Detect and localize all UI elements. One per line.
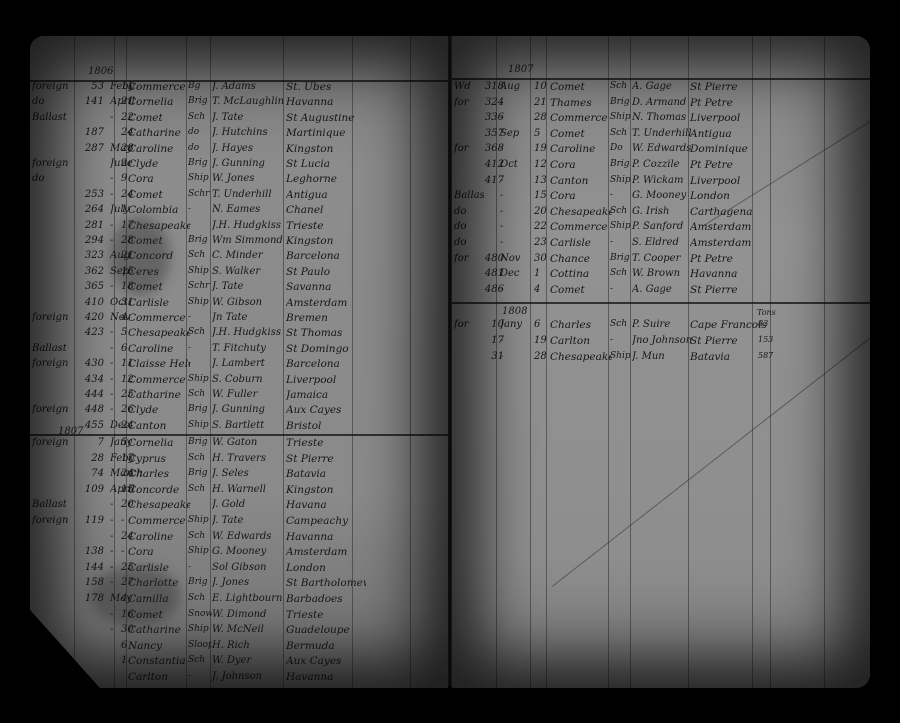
destination-port: Amsterdam — [690, 221, 770, 233]
destination-port: Guadeloupe — [286, 624, 366, 636]
master-name: W. McNeil — [212, 624, 284, 635]
master-name: J. Gold — [212, 499, 284, 510]
master-name: J. Tate — [212, 515, 284, 526]
entry-note: Ballast — [32, 343, 72, 354]
destination-port: Barcelona — [286, 250, 366, 262]
ledger-entry-row: foreign430-11Claisse Helen-J. LambertBar… — [30, 357, 448, 373]
vessel-name: Chesapeake — [128, 327, 190, 339]
vessel-name: Carlisle — [128, 562, 190, 574]
destination-port: Havana — [286, 499, 366, 511]
vessel-name: Caroline — [550, 143, 612, 155]
master-name: J. Gunning — [212, 158, 284, 169]
master-name: J. Gunning — [212, 404, 284, 415]
master-name: H. Rich — [212, 640, 284, 651]
destination-port: Havanna — [286, 671, 366, 683]
vessel-rig: - — [610, 190, 634, 200]
cancel-line — [552, 327, 870, 586]
ledger-left-page: 1806 1807 foreign53Feby11CommerceBgJ. Ad… — [30, 36, 448, 688]
master-name: W. Jones — [212, 173, 284, 184]
vessel-name: Nancy — [128, 640, 190, 652]
destination-port: Liverpool — [690, 112, 770, 124]
entry-day: 4 — [534, 284, 540, 295]
vessel-name: Constantia — [128, 655, 190, 667]
vessel-name: Cottina — [550, 268, 612, 280]
entry-day: 12 — [534, 159, 547, 170]
vessel-rig: Ship — [188, 173, 212, 183]
entry-day: 28 — [534, 112, 547, 123]
vessel-rig: Sch — [188, 593, 212, 603]
ledger-entry-row: 410Oct31CarlisleShipW. GibsonAmsterdam — [30, 296, 448, 312]
tonnage: 153 — [758, 335, 780, 344]
vessel-name: Comet — [128, 189, 190, 201]
destination-port: Chanel — [286, 204, 366, 216]
entry-day: 6 — [121, 343, 127, 354]
vessel-rig: do — [188, 127, 212, 137]
entry-number: 144 — [70, 562, 104, 573]
ledger-entry-row: 17-19Carlton-Jno JohnsonSt Pierre153 — [452, 334, 870, 350]
vessel-rig: Sch — [188, 112, 212, 122]
destination-port: Pt Petre — [690, 159, 770, 171]
vessel-name: Caroline — [128, 531, 190, 543]
vessel-name: Canton — [550, 175, 612, 187]
destination-port: Campeachy — [286, 515, 366, 527]
destination-port: Antigua — [286, 189, 366, 201]
master-name: T. Underhill — [212, 189, 284, 200]
destination-port: Trieste — [286, 220, 366, 232]
vessel-name: Concorde — [128, 484, 190, 496]
master-name: S. Walker — [212, 266, 284, 277]
ledger-entry-row: Carlton-J. JohnsonHavanna — [30, 670, 448, 686]
entry-note: foreign — [32, 158, 72, 169]
ledger-entry-row: 412Oct12CoraBrigP. CozzilePt Petre — [452, 158, 870, 174]
master-name: S. Coburn — [212, 374, 284, 385]
vessel-name: Comet — [550, 81, 612, 93]
destination-port: St Pierre — [690, 284, 770, 296]
ledger-entry-row: do-20ChesapeakeSchG. IrishCarthagena — [452, 205, 870, 221]
destination-port: Savanna — [286, 281, 366, 293]
vessel-name: Carlisle — [550, 237, 612, 249]
entry-day: 5 — [534, 128, 540, 139]
ledger-entry-row: 109April15ConcordeSchH. WarnellKingston — [30, 483, 448, 499]
vessel-rig: Ship — [188, 624, 212, 634]
entry-number: 455 — [70, 420, 104, 431]
vessel-name: Canton — [128, 420, 190, 432]
master-name: W. Gibson — [212, 297, 284, 308]
master-name: J. Adams — [212, 81, 284, 92]
entry-day: 28 — [534, 351, 547, 362]
entry-number: 158 — [70, 577, 104, 588]
ledger-entry-row: 481Dec1CottinaSchW. BrownHavanna — [452, 267, 870, 283]
vessel-name: Cornelia — [128, 437, 190, 449]
vessel-rig: Brig — [188, 404, 212, 414]
entry-day: 2 — [121, 158, 127, 169]
vessel-name: Ceres — [128, 266, 190, 278]
ledger-entry-row: 323Aug21ConcordSchC. MinderBarcelona — [30, 249, 448, 265]
ledger-entry-row: 281-17Chesapeake-J.H. HudgkissTrieste — [30, 219, 448, 235]
ledger-entry-row: 417-13CantonShipP. WickamLiverpool — [452, 174, 870, 190]
vessel-rig: Sch — [188, 655, 212, 665]
vessel-rig: - — [188, 204, 212, 214]
entry-number: 187 — [70, 127, 104, 138]
vessel-rig: - — [188, 312, 212, 322]
destination-port: St Paulo — [286, 266, 366, 278]
entry-number: 423 — [70, 327, 104, 338]
entry-month: Aug — [500, 81, 538, 92]
vessel-name: Cyprus — [128, 453, 190, 465]
master-name: Sol Gibson — [212, 562, 284, 573]
vessel-name: Catharine — [128, 624, 190, 636]
vessel-name: Cora — [550, 190, 612, 202]
vessel-name: Charlotte — [128, 577, 190, 589]
entry-note: foreign — [32, 312, 72, 323]
vessel-name: Caroline — [128, 343, 190, 355]
ledger-entry-row: foreign53Feby11CommerceBgJ. AdamsSt. Ube… — [30, 80, 448, 96]
ledger-entry-row: Ballast-15Cora-G. MooneyLondon — [452, 189, 870, 205]
vessel-name: Colombia — [128, 204, 190, 216]
vessel-rig: Ship — [188, 266, 212, 276]
entry-day: 20 — [534, 206, 547, 217]
entry-number: 410 — [70, 297, 104, 308]
destination-port: Barcelona — [286, 358, 366, 370]
entry-day: 4 — [121, 593, 127, 604]
destination-port: Martinique — [286, 127, 366, 139]
entry-number: 444 — [70, 389, 104, 400]
vessel-rig: Brig — [188, 158, 212, 168]
destination-port: Amsterdam — [286, 546, 366, 558]
master-name: J. Lambert — [212, 358, 284, 369]
vessel-rig: - — [188, 562, 212, 572]
entry-month: - — [500, 237, 538, 248]
entry-day: 23 — [534, 237, 547, 248]
vessel-rig: Sch — [188, 453, 212, 463]
vessel-name: Charles — [128, 468, 190, 480]
entry-day: 21 — [534, 97, 547, 108]
vessel-rig: Ship — [188, 297, 212, 307]
destination-port: Bremen — [286, 312, 366, 324]
ledger-entry-row: foreignJune2ClydeBrigJ. GunningSt Lucia — [30, 157, 448, 173]
ledger-entry-row: for324-21ThamesBrigD. ArmandPt Petre — [452, 96, 870, 112]
ledger-entry-row: Ballast-22CometSchJ. TateSt Augustine — [30, 111, 448, 127]
ledger-entry-row: 455Dec24CantonShipS. BartlettBristol — [30, 419, 448, 435]
entry-number: 448 — [70, 404, 104, 415]
destination-port: Aux Cayes — [286, 404, 366, 416]
entry-note: Ballast — [32, 499, 72, 510]
ledger-entry-row: 158-27CharlotteBrigJ. JonesSt Bartholome… — [30, 576, 448, 592]
master-name: W. Edwards — [212, 531, 284, 542]
entry-number: 287 — [70, 143, 104, 154]
vessel-name: Cora — [128, 173, 190, 185]
ledger-entry-row: for10Jany6CharlesSchP. SuireCape Francoi… — [452, 318, 870, 334]
ledger-entry-row: Ballast-20Chesapeake-J. GoldHavana — [30, 498, 448, 514]
destination-port: Carthagena — [690, 206, 770, 218]
destination-port: Bermuda — [286, 640, 366, 652]
entry-day: - — [121, 515, 124, 526]
entry-number: 253 — [70, 189, 104, 200]
entry-month: - — [500, 190, 538, 201]
master-name: J. Tate — [212, 281, 284, 292]
entry-day: - — [121, 546, 124, 557]
vessel-rig: Bg — [188, 81, 212, 91]
vessel-rig: Ship — [610, 112, 634, 122]
destination-port: Aux Cayes — [286, 655, 366, 667]
vessel-rig: Brig — [188, 437, 212, 447]
vessel-rig: - — [610, 335, 634, 345]
vessel-name: Commerce — [128, 81, 190, 93]
master-name: J. Jones — [212, 577, 284, 588]
vessel-rig: Sch — [610, 81, 634, 91]
destination-port: Trieste — [286, 437, 366, 449]
entry-number: 323 — [70, 250, 104, 261]
vessel-name: Chesapeake — [550, 206, 612, 218]
vessel-rig: Schr — [188, 281, 212, 291]
ledger-entry-row: -24CarolineSchW. EdwardsHavanna — [30, 530, 448, 546]
entry-number: 119 — [70, 515, 104, 526]
destination-port: Liverpool — [286, 374, 366, 386]
entry-number: 141 — [70, 96, 104, 107]
entry-number: 7 — [70, 437, 104, 448]
destination-port: Kingston — [286, 143, 366, 155]
destination-port: London — [286, 562, 366, 574]
vessel-name: Comet — [128, 609, 190, 621]
entry-month: Oct — [500, 159, 538, 170]
entry-note: do — [454, 206, 484, 217]
tonnage: 587 — [758, 351, 780, 360]
ledger-entry-row: -16CometSnowW. DimondTrieste — [30, 608, 448, 624]
ledger-entry-row: 74March24CharlesBrigJ. SelesBatavia — [30, 467, 448, 483]
vessel-name: Catharine — [128, 127, 190, 139]
destination-port: Pt Petre — [690, 97, 770, 109]
vessel-name: Clyde — [128, 158, 190, 170]
master-name: E. Lightbourn — [212, 593, 284, 604]
vessel-rig: Brig — [610, 253, 634, 263]
vessel-rig: - — [610, 284, 634, 294]
ledger-entry-row: Wd318Aug10CometSchA. GageSt Pierre — [452, 80, 870, 96]
entry-month: - — [500, 97, 538, 108]
ledger-entry-row: 18724CatharinedoJ. HutchinsMartinique — [30, 126, 448, 142]
ledger-entry-row: 144-25Carlisle-Sol GibsonLondon — [30, 561, 448, 577]
ledger-entry-row: 31-28ChesapeakeShipJ. MunBatavia587 — [452, 350, 870, 366]
tons-header: Tons — [757, 308, 776, 317]
entry-day: 5 — [121, 437, 127, 448]
vessel-name: Carlisle — [128, 297, 190, 309]
ledger-entry-row: 253-24CometSchrT. UnderhillAntigua — [30, 188, 448, 204]
vessel-name: Clyde — [128, 404, 190, 416]
destination-port: Kingston — [286, 484, 366, 496]
entry-day: 19 — [534, 335, 547, 346]
entry-number: 74 — [70, 468, 104, 479]
destination-port: Barbadoes — [286, 593, 366, 605]
vessel-rig: - — [188, 343, 212, 353]
ledger-entry-row: 486-4Comet-A. GageSt Pierre — [452, 283, 870, 299]
ledger-entry-row: foreign448-26ClydeBrigJ. GunningAux Caye… — [30, 403, 448, 419]
entry-note: foreign — [32, 81, 72, 92]
vessel-rig: - — [188, 358, 212, 368]
entry-month: Jany — [500, 319, 538, 330]
ledger-entry-row: 178May4CamillaSchE. LightbournBarbadoes — [30, 592, 448, 608]
vessel-rig: Sloop — [188, 640, 212, 650]
entry-number: 362 — [70, 266, 104, 277]
entry-month: - — [500, 206, 538, 217]
entry-day: 1 — [121, 204, 127, 215]
vessel-name: Comet — [550, 128, 612, 140]
entry-note: do — [454, 237, 484, 248]
entry-note: foreign — [32, 515, 72, 526]
destination-port: St Lucia — [286, 158, 366, 170]
destination-port: Batavia — [286, 468, 366, 480]
entry-number: 53 — [70, 81, 104, 92]
entry-day: 22 — [534, 221, 547, 232]
entry-day: 5 — [121, 327, 127, 338]
vessel-rig: Ship — [188, 374, 212, 384]
vessel-rig: - — [188, 220, 212, 230]
entry-note: Ballast — [32, 112, 72, 123]
ledger-entry-row: 6NancySloopH. RichBermuda — [30, 639, 448, 655]
entry-day: 4 — [121, 312, 127, 323]
ledger-entry-row: 434-12CommerceShipS. CoburnLiverpool — [30, 373, 448, 389]
vessel-rig: Schr — [188, 189, 212, 199]
vessel-rig: - — [188, 499, 212, 509]
entry-day: 19 — [534, 143, 547, 154]
entry-note: foreign — [32, 404, 72, 415]
ledger-entry-row: 264July1Colombia-N. EamesChanel — [30, 203, 448, 219]
vessel-name: Commerce — [128, 515, 190, 527]
destination-port: London — [690, 190, 770, 202]
vessel-name: Chance — [550, 253, 612, 265]
destination-port: Dominique — [690, 143, 770, 155]
entry-day: 15 — [534, 190, 547, 201]
vessel-rig: Sch — [188, 327, 212, 337]
entry-day: 6 — [121, 640, 127, 651]
vessel-rig: Sch — [610, 128, 634, 138]
ledger-entry-row: 362Sep15CeresShipS. WalkerSt Paulo — [30, 265, 448, 281]
destination-port: Pt Petre — [690, 253, 770, 265]
entry-day: 1 — [121, 655, 127, 666]
vessel-rig: Sch — [610, 268, 634, 278]
entry-number: 138 — [70, 546, 104, 557]
entry-day: 10 — [534, 81, 547, 92]
ledger-entry-row: do-9CoraShipW. JonesLeghorne — [30, 172, 448, 188]
entry-number: 281 — [70, 220, 104, 231]
master-name: J.H. Hudgkiss — [212, 327, 284, 338]
entry-month: Nov — [500, 253, 538, 264]
entry-note: do — [32, 96, 72, 107]
ledger-entry-row: do-23Carlisle-S. EldredAmsterdam — [452, 236, 870, 252]
tonnage: 83 — [758, 319, 780, 328]
vessel-rig: Brig — [610, 159, 634, 169]
vessel-name: Cornelia — [128, 96, 190, 108]
ledger-entry-row: foreign420Nov4Commerce-Jn TateBremen — [30, 311, 448, 327]
master-name: W. Fuller — [212, 389, 284, 400]
entry-day: 13 — [534, 175, 547, 186]
destination-port: St Pierre — [690, 81, 770, 93]
destination-port: St Domingo — [286, 343, 366, 355]
master-name: S. Bartlett — [212, 420, 284, 431]
master-name: T. McLaughlin — [212, 96, 284, 107]
destination-port: Amsterdam — [286, 297, 366, 309]
year-heading: 1806 — [88, 66, 113, 77]
entry-month: - — [500, 143, 538, 154]
entry-number: 264 — [70, 204, 104, 215]
vessel-name: Cora — [550, 159, 612, 171]
vessel-name: Charles — [550, 319, 612, 331]
vessel-name: Carlton — [550, 335, 612, 347]
vessel-rig: Ship — [188, 515, 212, 525]
ledger-entry-row: foreign119--CommerceShipJ. TateCampeachy — [30, 514, 448, 530]
vessel-name: Thames — [550, 97, 612, 109]
master-name: Jn Tate — [212, 312, 284, 323]
destination-port: Havanna — [286, 531, 366, 543]
vessel-rig: Sch — [188, 250, 212, 260]
vessel-name: Carlton — [128, 671, 190, 683]
entry-number: 434 — [70, 374, 104, 385]
destination-port: Havanna — [286, 96, 366, 108]
destination-port: St Pierre — [286, 453, 366, 465]
vessel-rig: Brig — [188, 577, 212, 587]
ledger-entry-row: 294-28CometBrigWm SimmondKingston — [30, 234, 448, 250]
vessel-name: Commerce — [128, 312, 190, 324]
vessel-name: Commerce — [550, 112, 612, 124]
master-name: J.H. Hudgkiss — [212, 220, 284, 231]
vessel-rig: Ship — [610, 351, 634, 361]
master-name: J. Seles — [212, 468, 284, 479]
master-name: W. Dyer — [212, 655, 284, 666]
entry-number: 365 — [70, 281, 104, 292]
vessel-rig: Brig — [610, 97, 634, 107]
year-heading: 1808 — [502, 306, 527, 317]
entry-month: Dec — [500, 268, 538, 279]
vessel-name: Comet — [128, 112, 190, 124]
destination-port: Trieste — [286, 609, 366, 621]
vessel-name: Chesapeake — [128, 499, 190, 511]
ledger-entry-row: foreign7Jany5CorneliaBrigW. GatonTrieste — [30, 436, 448, 452]
ledger-entry-row: 365-18CometSchrJ. TateSavanna — [30, 280, 448, 296]
vessel-name: Camilla — [128, 593, 190, 605]
vessel-name: Commerce — [128, 374, 190, 386]
master-name: T. Fitchuty — [212, 343, 284, 354]
year-heading: 1807 — [508, 64, 533, 75]
vessel-name: Comet — [128, 281, 190, 293]
vessel-rig: Brig — [188, 235, 212, 245]
vessel-rig: Ship — [610, 175, 634, 185]
destination-port: Bristol — [286, 420, 366, 432]
vessel-name: Commerce — [550, 221, 612, 233]
vessel-rig: - — [610, 237, 634, 247]
entry-note: foreign — [32, 437, 72, 448]
vessel-name: Cora — [128, 546, 190, 558]
vessel-name: Comet — [550, 284, 612, 296]
entry-number: 109 — [70, 484, 104, 495]
vessel-name: Chesapeake — [550, 351, 612, 363]
entry-month: Sep — [500, 128, 538, 139]
entry-day: 30 — [534, 253, 547, 264]
master-name: N. Eames — [212, 204, 284, 215]
ledger-entry-row: do-22CommerceShipP. SanfordAmsterdam — [452, 220, 870, 236]
vessel-rig: Ship — [610, 221, 634, 231]
destination-port: St Augustine — [286, 112, 366, 124]
master-name: G. Mooney — [212, 546, 284, 557]
master-name: J. Hutchins — [212, 127, 284, 138]
entry-number: 28 — [70, 453, 104, 464]
destination-port: Havanna — [690, 268, 770, 280]
ledger-entry-row: 138--CoraShipG. MooneyAmsterdam — [30, 545, 448, 561]
entry-month: - — [500, 221, 538, 232]
vessel-name: Caroline — [128, 143, 190, 155]
vessel-rig: Sch — [188, 389, 212, 399]
master-name: J. Johnson — [212, 671, 284, 682]
vessel-rig: do — [188, 143, 212, 153]
entry-number: 430 — [70, 358, 104, 369]
vessel-rig: Ship — [188, 420, 212, 430]
